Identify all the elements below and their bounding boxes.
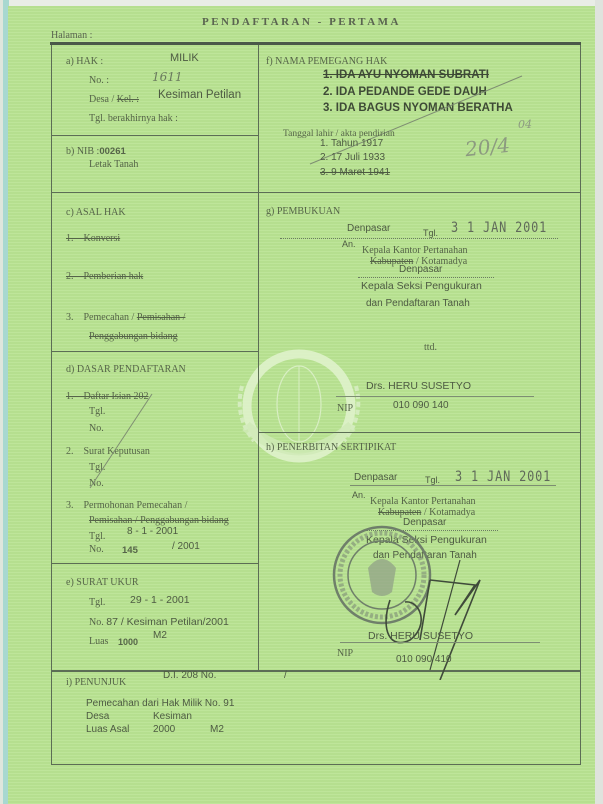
nib-label: b) NIB : (66, 146, 99, 157)
tgl-label: Tgl. (89, 597, 105, 608)
penerbitan-date-stamp: 3 1 JAN 2001 (455, 469, 551, 485)
penunjuk-pemecahan: Pemecahan dari Hak Milik No. 91 (86, 698, 234, 709)
asal-hak-konversi: Konversi (84, 233, 121, 244)
page-label: Halaman : (51, 30, 92, 41)
hak-value: MILIK (170, 52, 199, 64)
no-value: 1611 (152, 70, 183, 84)
signature-line (340, 642, 540, 643)
no-label: No. : (89, 75, 109, 86)
pembukuan-heading: g) PEMBUKUAN (266, 206, 340, 217)
permohonan-tgl-value: 8 - 1 - 2001 (127, 526, 178, 537)
office-city: Denpasar (399, 264, 442, 275)
office-line1: Kepala Kantor Pertanahan (362, 245, 468, 256)
divider (52, 135, 258, 136)
divider (258, 192, 580, 193)
permohonan-no-year: / 2001 (172, 541, 200, 552)
no-label: No. (89, 544, 104, 555)
surat-ukur-heading: e) SURAT UKUR (66, 577, 139, 588)
surat-ukur-no-value: 87 / Kesiman Petilan/2001 (106, 616, 229, 628)
penerbitan-heading: h) PENERBITAN SERTIPIKAT (266, 442, 396, 453)
desa-label: Desa / (89, 94, 114, 105)
scan-edge-right (595, 0, 603, 804)
penerbitan-place: Denpasar (354, 472, 397, 483)
handwritten-superscript: 04 (518, 118, 532, 131)
no-label: No. (89, 617, 104, 628)
luas-asal-label: Luas Asal (86, 724, 129, 735)
dasar-pendaftaran-heading: d) DASAR PENDAFTARAN (66, 364, 186, 375)
item-number: 3. (66, 500, 74, 511)
asal-hak-pemberian: Pemberian hak (84, 271, 144, 282)
desa-value: Kesiman (153, 711, 192, 722)
permohonan-no-value: 145 (122, 545, 138, 556)
seksi-line1: Kepala Seksi Pengukuran (361, 280, 482, 292)
item-number: 1. (66, 391, 74, 402)
column-divider (258, 45, 259, 671)
nama-pemegang-heading: f) NAMA PEMEGANG HAK (266, 56, 387, 67)
asal-hak-pemecahan: Pemecahan / (84, 312, 137, 323)
seksi-line2: dan Pendaftaran Tanah (366, 298, 470, 309)
desa-value: Kesiman Petilan (158, 89, 241, 101)
pembukuan-date-stamp: 3 1 JAN 2001 (451, 220, 547, 236)
luas-asal-value: 2000 (153, 724, 175, 735)
luas-asal-unit: M2 (210, 724, 224, 735)
tgl-label: Tgl. (423, 228, 438, 238)
surat-ukur-tgl-value: 29 - 1 - 2001 (130, 594, 190, 606)
pembukuan-official-name: Drs. HERU SUSETYO (366, 380, 471, 392)
item-number: 2. (66, 446, 74, 457)
asal-hak-pemisahan: Pemisahan / (137, 312, 186, 323)
permohonan-pemecahan: Permohonan Pemecahan / (84, 500, 188, 511)
diagonal-cancel-mark-icon (86, 392, 156, 492)
nip-label: NIP (337, 403, 353, 414)
office-line1: Kepala Kantor Pertanahan (370, 496, 476, 507)
ttd-label: ttd. (424, 342, 437, 353)
item-number: 1. (66, 233, 74, 244)
tgl-berakhir-label: Tgl. berakhirnya hak : (89, 113, 178, 124)
tgl-label: Tgl. (89, 531, 105, 542)
divider (258, 432, 580, 433)
divider (52, 192, 258, 193)
di-208-suffix: / (284, 670, 287, 681)
an-label: An. (342, 239, 356, 249)
penerbitan-nip-value: 010 090 410 (396, 654, 452, 665)
an-label: An. (352, 490, 366, 500)
asal-hak-penggabungan: Penggabungan bidang (89, 331, 178, 342)
dotted-line (358, 277, 494, 278)
pemisahan-struck: Pemisahan (89, 515, 132, 526)
penunjuk-box (51, 670, 581, 765)
handwritten-note: 20/4 (464, 133, 511, 162)
signature-line (336, 396, 534, 397)
luas-value: 1000 (118, 637, 138, 647)
birth-2: 2. 17 Juli 1933 (320, 152, 385, 163)
luas-unit: M2 (153, 630, 167, 641)
penggabungan-bidang: / Penggabungan bidang (132, 515, 228, 526)
hak-label: a) HAK : (66, 56, 103, 67)
letak-tanah-label: Letak Tanah (89, 159, 138, 170)
penunjuk-heading: i) PENUNJUK (66, 677, 126, 688)
nib-value: 00261 (99, 146, 125, 157)
pembukuan-nip-value: 010 090 140 (393, 400, 449, 411)
luas-label: Luas (89, 636, 108, 647)
tgl-label: Tgl. (425, 475, 440, 485)
asal-hak-heading: c) ASAL HAK (66, 207, 126, 218)
date-line (350, 485, 556, 486)
penerbitan-official-name: Drs. HERU SUSETYO (368, 630, 473, 642)
divider (52, 351, 258, 352)
birth-1: 1. Tahun 1917 (320, 138, 383, 149)
document-title: PENDAFTARAN - PERTAMA (0, 16, 603, 28)
item-number: 2. (66, 271, 74, 282)
nip-label: NIP (337, 648, 353, 659)
kel-label: Kel. : (117, 94, 139, 105)
pembukuan-place: Denpasar (347, 223, 390, 234)
divider (52, 563, 258, 564)
desa-label: Desa (86, 711, 109, 722)
item-number: 3. (66, 312, 74, 323)
dotted-line (280, 238, 558, 239)
di-208-label: D.I. 208 No. (163, 670, 216, 681)
birth-3: 3. 9 Maret 1941 (320, 167, 390, 178)
